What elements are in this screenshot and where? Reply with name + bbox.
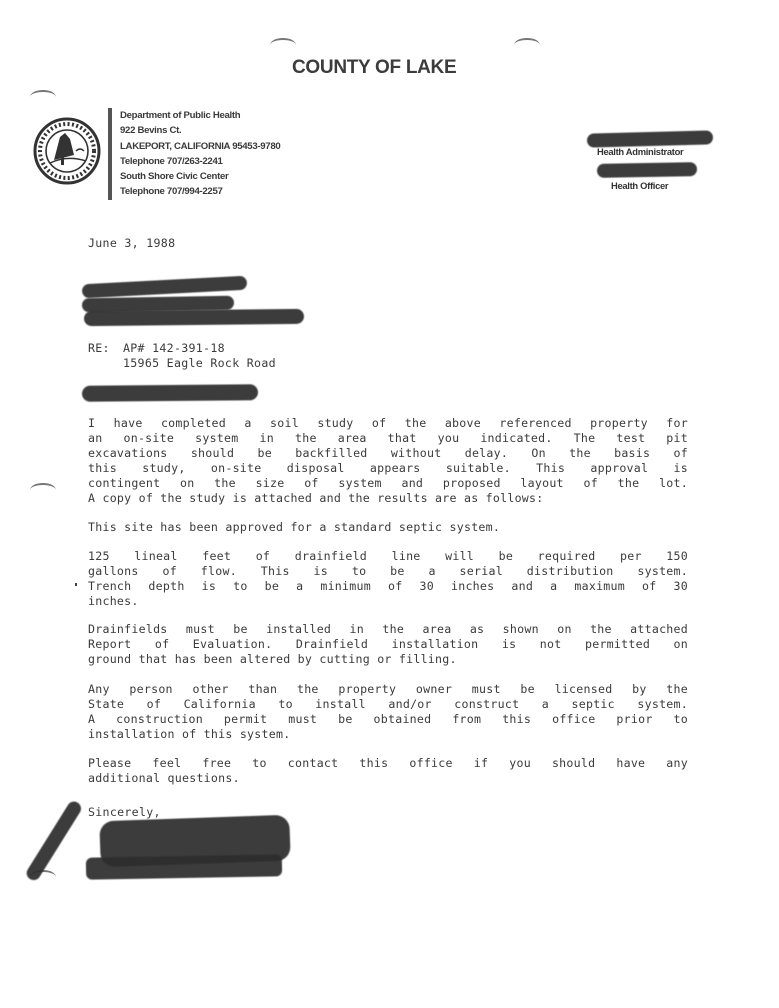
department-street: 922 Bevins Ct.: [120, 123, 280, 138]
text-line: Any person other than the property owner…: [88, 682, 688, 697]
text-line: contingent on the size of system and pro…: [88, 476, 688, 491]
letterhead-divider: [108, 108, 112, 200]
paragraph-approval: This site has been approved for a standa…: [88, 520, 688, 535]
department-city: LAKEPORT, CALIFORNIA 95453-9780: [120, 139, 280, 154]
text-line: inches.: [88, 594, 688, 609]
redacted-signer-name: [86, 854, 282, 879]
punch-mark: [514, 38, 540, 52]
closing: Sincerely,: [88, 805, 161, 819]
paragraph-drainfield-requirements: 125 lineal feet of drainfield line will …: [88, 549, 688, 609]
punch-mark: [30, 483, 56, 497]
text-line: gallons of flow. This is to be a serial …: [88, 564, 688, 579]
south-shore-phone: Telephone 707/994-2257: [120, 184, 280, 199]
redacted-recipient-line-3: [84, 309, 304, 326]
text-line: Drainfields must be installed in the are…: [88, 622, 688, 637]
redacted-signature-stroke: [24, 799, 84, 883]
punch-mark: [270, 38, 296, 52]
paragraph-soil-study: I have completed a soil study of the abo…: [88, 416, 688, 506]
text-line: This site has been approved for a standa…: [88, 520, 688, 535]
redacted-officer-name: [597, 162, 697, 178]
text-line: ground that has been altered by cutting …: [88, 652, 688, 667]
paragraph-contact: Please feel free to contact this office …: [88, 756, 688, 786]
letterhead-title: COUNTY OF LAKE: [292, 57, 456, 79]
text-line: 125 lineal feet of drainfield line will …: [88, 549, 688, 564]
text-line: Trench depth is to be a minimum of 30 in…: [88, 579, 688, 594]
text-line: A copy of the study is attached and the …: [88, 491, 688, 506]
county-seal-icon: [32, 115, 102, 187]
text-line: State of California to install and/or co…: [88, 697, 688, 712]
text-line: this study, on-site disposal appears sui…: [88, 461, 688, 476]
letter-date: June 3, 1988: [88, 236, 175, 250]
text-line: Report of Evaluation. Drainfield install…: [88, 637, 688, 652]
paragraph-licensing: Any person other than the property owner…: [88, 682, 688, 742]
text-line: installation of this system.: [88, 727, 688, 742]
administrator-title: Health Administrator: [597, 146, 683, 157]
text-line: excavations should be backfilled without…: [88, 446, 688, 461]
punch-mark: [30, 90, 56, 104]
re-parcel-number: AP# 142-391-18: [123, 341, 225, 355]
re-property-address: 15965 Eagle Rock Road: [123, 356, 276, 370]
text-line: I have completed a soil study of the abo…: [88, 416, 688, 431]
paragraph-drainfield-location: Drainfields must be installed in the are…: [88, 622, 688, 667]
department-name: Department of Public Health: [120, 108, 280, 123]
re-label: RE:: [88, 341, 110, 355]
scan-speck: [75, 583, 77, 586]
department-phone: Telephone 707/263-2241: [120, 154, 280, 169]
department-block: Department of Public Health 922 Bevins C…: [120, 108, 280, 200]
officer-title: Health Officer: [611, 180, 668, 191]
south-shore-office: South Shore Civic Center: [120, 169, 280, 184]
text-line: an on-site system in the area that you i…: [88, 431, 688, 446]
text-line: Please feel free to contact this office …: [88, 756, 688, 771]
redacted-salutation: [82, 384, 258, 402]
text-line: A construction permit must be obtained f…: [88, 712, 688, 727]
text-line: additional questions.: [88, 771, 688, 786]
